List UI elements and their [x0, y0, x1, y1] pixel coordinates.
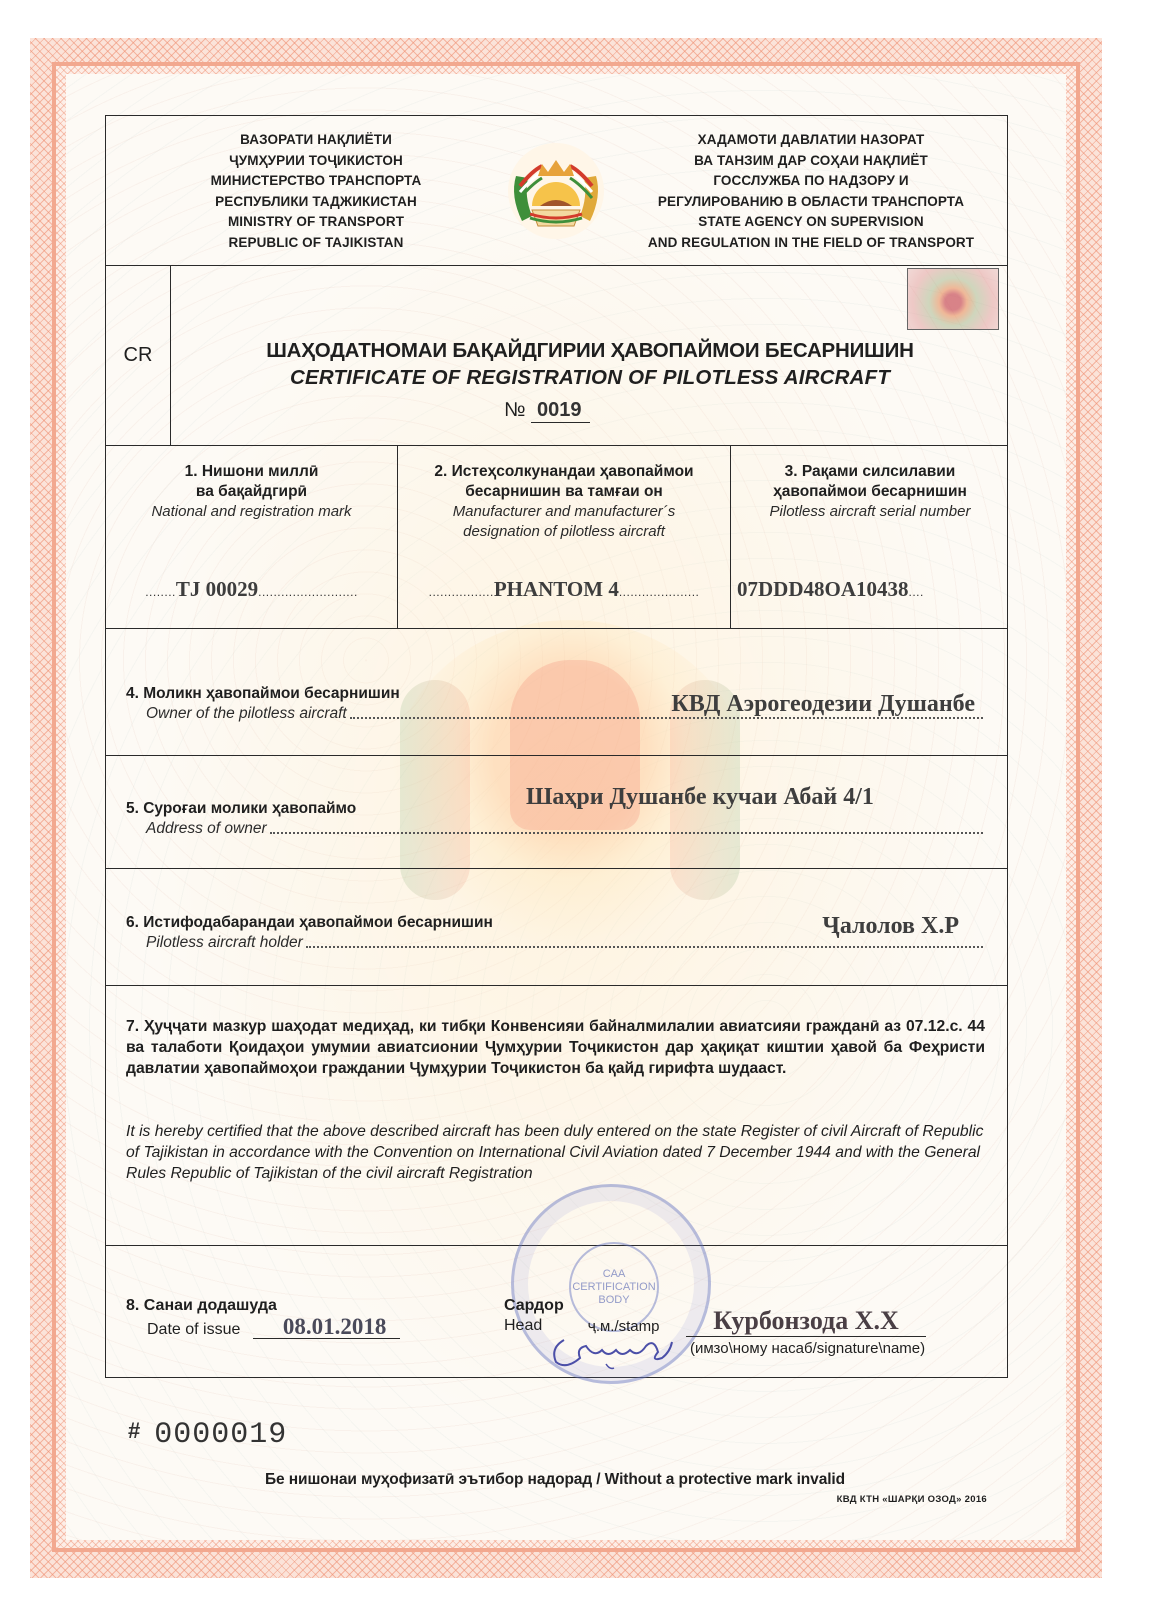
- holder-row: 6. Истифодабарандаи ҳавопаймои бесарниши…: [106, 869, 1007, 986]
- certificate-number: № 0019: [504, 399, 590, 423]
- tajikistan-coat-of-arms-icon: [502, 136, 610, 246]
- handwritten-signature-icon: [546, 1328, 676, 1370]
- registration-mark-cell: 1. Нишони миллӣ ва бақайдгирӣ National a…: [106, 446, 398, 628]
- registration-mark-value: ........TJ 00029........................…: [106, 577, 397, 602]
- holder-value: Ҷалолов Х.Р: [822, 913, 959, 940]
- title-row: CR ШАҲОДАТНОМАИ БАҚАЙДГИРИИ ҲАВОПАЙМОИ Б…: [106, 266, 1007, 446]
- ministry-name: ВАЗОРАТИ НАҚЛИЁТИ ҶУМҲУРИИ ТОҶИКИСТОН МИ…: [146, 130, 486, 253]
- serial-number-value: 07DDD48OA10438....: [731, 577, 1009, 602]
- address-value: Шаҳри Душанбе кучаи Абай 4/1: [526, 784, 874, 811]
- manufacturer-value: .................PHANTOM 4..............…: [398, 577, 730, 602]
- address-row: 5. Суроғаи молики ҳавопаймо Address of o…: [106, 756, 1007, 869]
- holder-label-en: Pilotless aircraft holder: [146, 933, 303, 953]
- signer-name: Курбонзода Х.Х: [686, 1306, 926, 1337]
- owner-value: КВД Аэрогеодезии Душанбе: [671, 691, 975, 718]
- certificate-title-en: CERTIFICATE OF REGISTRATION OF PILOTLESS…: [171, 366, 1009, 390]
- certificate-title-tj: ШАҲОДАТНОМАИ БАҚАЙДГИРИИ ҲАВОПАЙМОИ БЕСА…: [171, 339, 1009, 363]
- certification-text-tj: 7. Ҳуҷҷати мазкур шаҳодат медиҳад, ки ти…: [126, 1016, 985, 1079]
- certification-text-en: It is hereby certified that the above de…: [126, 1121, 985, 1184]
- aircraft-identification-row: 1. Нишони миллӣ ва бақайдгирӣ National a…: [106, 446, 1007, 629]
- address-label-en: Address of owner: [146, 819, 267, 839]
- owner-row: 4. Моликн ҳавопаймои бесарнишин Owner of…: [106, 629, 1007, 756]
- cr-code: CR: [106, 266, 171, 445]
- certificate-table: ВАЗОРАТИ НАҚЛИЁТИ ҶУМҲУРИИ ТОҶИКИСТОН МИ…: [105, 115, 1008, 1378]
- date-of-issue-value: 08.01.2018: [253, 1316, 400, 1339]
- manufacturer-cell: 2. Истеҳсолкунандаи ҳавопаймои бесарниши…: [398, 446, 731, 628]
- protective-mark-warning: Бе нишонаи муҳофизатӣ эътибор надорад / …: [0, 1471, 1110, 1489]
- agency-name: ХАДАМОТИ ДАВЛАТИИ НАЗОРАТ ВА ТАНЗИМ ДАР …: [616, 130, 1006, 253]
- owner-label-en: Owner of the pilotless aircraft: [146, 704, 347, 724]
- header-row: ВАЗОРАТИ НАҚЛИЁТИ ҶУМҲУРИИ ТОҶИКИСТОН МИ…: [106, 116, 1007, 266]
- printer-imprint: КВД КТН «ШАРҚИ ОЗОД» 2016: [837, 1494, 987, 1505]
- form-serial-number: #0000019: [128, 1416, 287, 1452]
- signature-caption: (имзо\ному насаб/signature\name): [690, 1340, 925, 1357]
- certificate-number-value: 0019: [531, 399, 590, 423]
- serial-number-cell: 3. Рақами силсилавии ҳавопаймои бесарниш…: [731, 446, 1009, 628]
- hologram-seal-icon: [907, 268, 999, 330]
- date-of-issue: 8. Санаи додашуда Date of issue 08.01.20…: [126, 1296, 400, 1340]
- issue-row: CAA CERTIFICATION BODY 8. Санаи додашуда…: [106, 1246, 1007, 1377]
